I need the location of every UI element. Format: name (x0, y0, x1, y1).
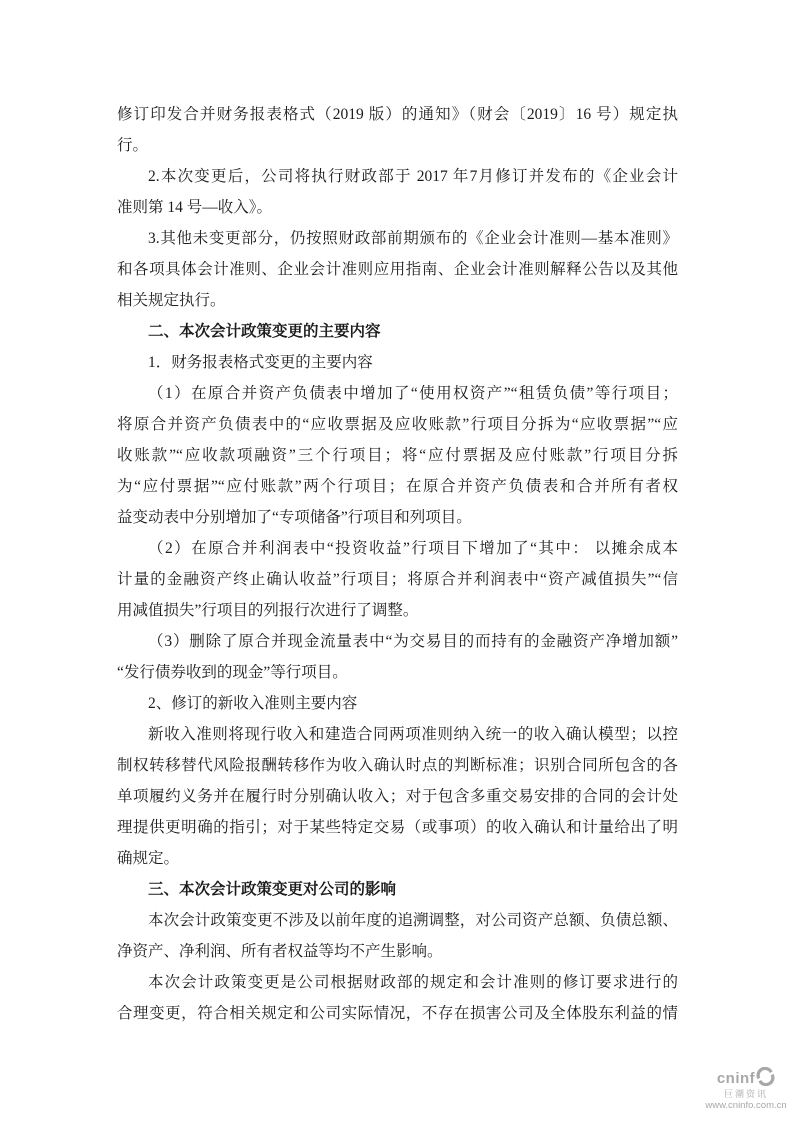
paragraph: （1）在原合并资产负债表中增加了“使用权资产”“租赁负债”等行项目； 将原合并资… (117, 378, 678, 533)
section-heading-3: 三、本次会计政策变更对公司的影响 (117, 874, 678, 905)
heading-line: 二、本次会计政策变更的主要内容 (117, 316, 678, 347)
text-line: 确规定。 (117, 843, 678, 874)
cninfo-url: www.cninfo.com.cn (703, 1100, 789, 1112)
text-line: 将原合并资产负债表中的“应收票据及应收账款”行项目分拆为“应收票据”“应 (117, 409, 678, 440)
paragraph-continuation: 修订印发合并财务报表格式（2019 版）的通知》（财会〔2019〕16 号）规定… (117, 99, 678, 161)
paragraph: （2）在原合并利润表中“投资收益”行项目下增加了“其中： 以摊余成本 计量的金融… (117, 533, 678, 626)
paragraph: 3.其他未变更部分，仍按照财政部前期颁布的《企业会计准则—基本准则》 和各项具体… (117, 223, 678, 316)
text-line: 修订印发合并财务报表格式（2019 版）的通知》（财会〔2019〕16 号）规定… (117, 99, 678, 130)
text-line: 和各项具体会计准则、企业会计准则应用指南、企业会计准则解释公告以及其他 (117, 254, 678, 285)
text-line: 计量的金融资产终止确认收益”行项目；将原合并利润表中“资产减值损失”“信 (117, 564, 678, 595)
text-line: 3.其他未变更部分，仍按照财政部前期颁布的《企业会计准则—基本准则》 (117, 223, 678, 254)
document-page: 修订印发合并财务报表格式（2019 版）的通知》（财会〔2019〕16 号）规定… (0, 0, 793, 1122)
text-line: 为“应付票据”“应付账款”两个行项目；在原合并资产负债表和合并所有者权 (117, 471, 678, 502)
text-line: 制权转移替代风险报酬转移作为收入确认时点的判断标准；识别合同所包含的各 (117, 750, 678, 781)
cninfo-name-cn: 巨潮资讯 (703, 1089, 789, 1099)
cninfo-brand-text: cninf (717, 1069, 755, 1089)
text-line: 用减值损失”行项目的列报行次进行了调整。 (117, 595, 678, 626)
text-line: 本次会计政策变更不涉及以前年度的追溯调整，对公司资产总额、负债总额、 (117, 905, 678, 936)
text-line: 相关规定执行。 (117, 285, 678, 316)
subsection-title: 2、修订的新收入准则主要内容 (117, 688, 678, 719)
text-line: 准则第 14 号—收入》。 (117, 192, 678, 223)
text-line: 益变动表中分别增加了“专项储备”行项目和列项目。 (117, 502, 678, 533)
text-line: “发行债券收到的现金”等行项目。 (117, 657, 678, 688)
text-line: 2.本次变更后，公司将执行财政部于 2017 年7月修订并发布的《企业会计 (117, 161, 678, 192)
cninfo-watermark: cninf 巨潮资讯 www.cninfo.com.cn (703, 1069, 789, 1112)
text-line: 1．财务报表格式变更的主要内容 (117, 347, 678, 378)
text-line: 单项履约义务并在履行时分别确认收入；对于包含多重交易安排的合同的会计处 (117, 781, 678, 812)
text-line: （2）在原合并利润表中“投资收益”行项目下增加了“其中： 以摊余成本 (117, 533, 678, 564)
cninfo-swirl-icon (756, 1067, 775, 1091)
heading-line: 三、本次会计政策变更对公司的影响 (117, 874, 678, 905)
text-line: 合理变更，符合相关规定和公司实际情况，不存在损害公司及全体股东利益的情 (117, 998, 678, 1029)
text-line: 理提供更明确的指引；对于某些特定交易（或事项）的收入确认和计量给出了明 (117, 812, 678, 843)
subsection-title: 1．财务报表格式变更的主要内容 (117, 347, 678, 378)
paragraph: 新收入准则将现行收入和建造合同两项准则纳入统一的收入确认模型；以控 制权转移替代… (117, 719, 678, 874)
paragraph: 本次会计政策变更是公司根据财政部的规定和会计准则的修订要求进行的 合理变更，符合… (117, 967, 678, 1029)
text-line: （3）删除了原合并现金流量表中“为交易目的而持有的金融资产净增加额” (117, 626, 678, 657)
text-line: 新收入准则将现行收入和建造合同两项准则纳入统一的收入确认模型；以控 (117, 719, 678, 750)
text-line: 2、修订的新收入准则主要内容 (117, 688, 678, 719)
document-body: 修订印发合并财务报表格式（2019 版）的通知》（财会〔2019〕16 号）规定… (117, 99, 678, 1029)
cninfo-logo-row: cninf (703, 1069, 789, 1089)
paragraph: 2.本次变更后，公司将执行财政部于 2017 年7月修订并发布的《企业会计 准则… (117, 161, 678, 223)
text-line: 行。 (117, 130, 678, 161)
text-line: 本次会计政策变更是公司根据财政部的规定和会计准则的修订要求进行的 (117, 967, 678, 998)
text-line: 收账款”“应收款项融资”三个行项目；将“应付票据及应付账款”行项目分拆 (117, 440, 678, 471)
section-heading-2: 二、本次会计政策变更的主要内容 (117, 316, 678, 347)
paragraph: （3）删除了原合并现金流量表中“为交易目的而持有的金融资产净增加额” “发行债券… (117, 626, 678, 688)
text-line: 净资产、净利润、所有者权益等均不产生影响。 (117, 936, 678, 967)
text-line: （1）在原合并资产负债表中增加了“使用权资产”“租赁负债”等行项目； (117, 378, 678, 409)
paragraph: 本次会计政策变更不涉及以前年度的追溯调整，对公司资产总额、负债总额、 净资产、净… (117, 905, 678, 967)
